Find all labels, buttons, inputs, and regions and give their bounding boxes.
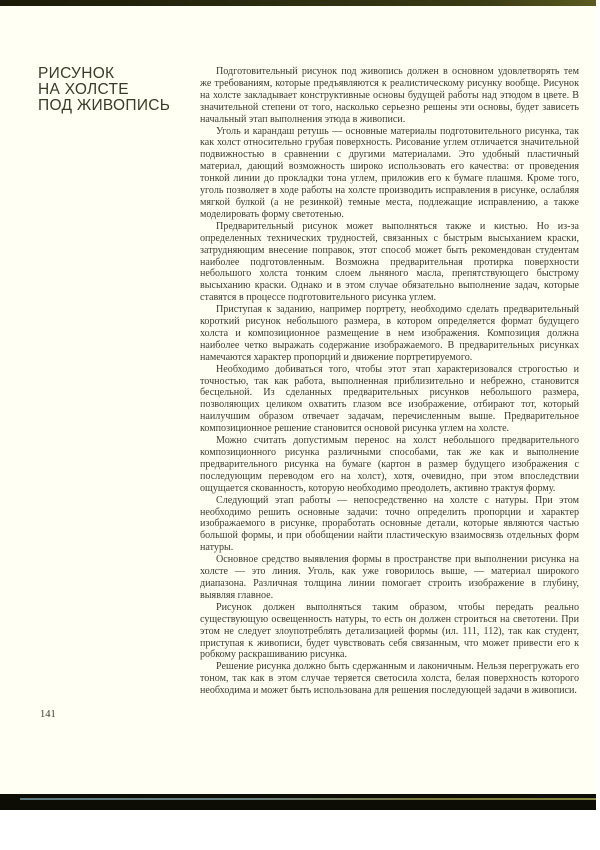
paragraph: Приступая к заданию, например портрету, … — [200, 304, 579, 364]
page-number: 141 — [40, 709, 56, 720]
paragraph: Можно считать допустимым перенос на холс… — [200, 435, 579, 495]
heading-line: ПОД ЖИВОПИСЬ — [38, 98, 170, 114]
top-edge-strip — [0, 0, 596, 6]
bottom-edge-strip — [0, 794, 596, 810]
paragraph: Подготовительный рисунок под живопись до… — [200, 66, 579, 126]
paragraph: Следующий этап работы — непосредственно … — [200, 495, 579, 555]
paragraph: Рисунок должен выполняться таким образом… — [200, 602, 579, 662]
book-page: РИСУНОК НА ХОЛСТЕ ПОД ЖИВОПИСЬ Подготови… — [0, 0, 596, 808]
paragraph: Решение рисунка должно быть сдержанным и… — [200, 661, 579, 697]
heading-line: РИСУНОК — [38, 66, 170, 82]
paragraph: Предварительный рисунок может выполнятьс… — [200, 221, 579, 304]
body-text: Подготовительный рисунок под живопись до… — [200, 66, 579, 697]
paragraph: Необходимо добиваться того, чтобы этот э… — [200, 364, 579, 435]
heading-line: НА ХОЛСТЕ — [38, 82, 170, 98]
paragraph: Уголь и карандаш ретушь — основные матер… — [200, 126, 579, 221]
chapter-heading: РИСУНОК НА ХОЛСТЕ ПОД ЖИВОПИСЬ — [38, 66, 170, 114]
paragraph: Основное средство выявления формы в прос… — [200, 554, 579, 602]
binding-line — [20, 798, 596, 800]
